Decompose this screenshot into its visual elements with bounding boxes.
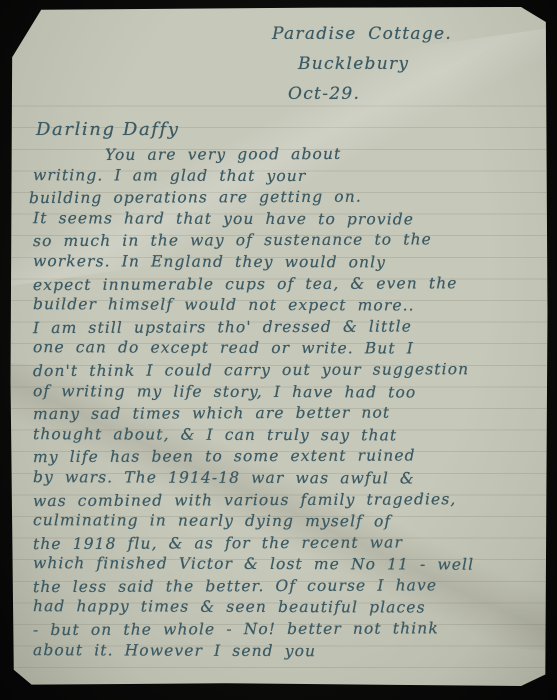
- letter-line: I am still upstairs tho' dressed & littl…: [33, 316, 534, 340]
- letter-line: about it. However I send you: [33, 640, 534, 663]
- address-line-1: Paradise Cottage.: [272, 19, 452, 49]
- letter-line: don't think I could carry out your sugge…: [33, 359, 534, 383]
- letter-line: the 1918 flu, & as for the recent war: [33, 532, 534, 556]
- letter-line: had happy times & seen beautiful places: [33, 597, 534, 620]
- letter-line: by wars. The 1914-18 war was awful &: [33, 467, 534, 490]
- letter-paper: Paradise Cottage. Bucklebury Oct-29. Dar…: [10, 7, 548, 686]
- letter-line: You are very good about: [105, 143, 534, 166]
- letter-photo: Paradise Cottage. Bucklebury Oct-29. Dar…: [0, 0, 557, 700]
- address-line-2: Bucklebury: [298, 49, 452, 79]
- letter-line: writing. I am glad that your: [33, 165, 534, 188]
- letter-line: culminating in nearly dying myself of: [33, 510, 534, 533]
- letter-line: was combined with various family tragedi…: [33, 488, 534, 512]
- letter-line: thought about, & I can truly say that: [33, 424, 534, 447]
- letter-body: You are very good aboutwriting. I am gla…: [33, 144, 534, 662]
- letter-content: Paradise Cottage. Bucklebury Oct-29. Dar…: [10, 7, 548, 686]
- letter-line: expect innumerable cups of tea, & even t…: [33, 272, 534, 296]
- letter-heading: Paradise Cottage. Bucklebury Oct-29.: [272, 19, 452, 109]
- letter-line: one can do except read or write. But I: [33, 337, 534, 360]
- letter-line: many sad times which are better not: [33, 402, 534, 426]
- letter-line: - but on the whole - No! better not thin…: [33, 618, 534, 642]
- salutation: Darling Daffy: [36, 119, 180, 140]
- letter-line: the less said the better. Of course I ha…: [33, 575, 534, 599]
- letter-line: so much in the way of sustenance to the: [33, 229, 534, 253]
- letter-line: workers. In England they would only: [33, 251, 534, 274]
- letter-line: my life has been to some extent ruined: [33, 445, 534, 469]
- letter-line: builder himself would not expect more..: [33, 294, 534, 317]
- letter-line: which finished Victor & lost me No 11 - …: [33, 553, 534, 576]
- letter-line: It seems hard that you have to provide: [33, 208, 534, 231]
- letter-line: building operations are getting on.: [29, 186, 534, 210]
- date-line: Oct-29.: [288, 79, 452, 109]
- letter-line: of writing my life story, I have had too: [33, 381, 534, 404]
